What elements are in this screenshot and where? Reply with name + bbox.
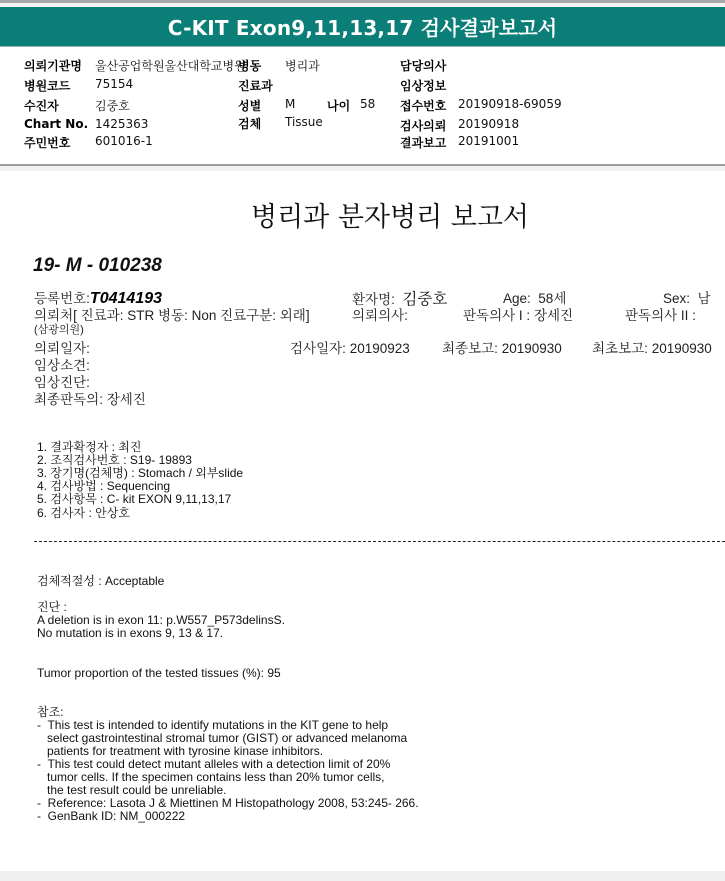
final-report-label: 최종보고:: [442, 341, 498, 356]
first-report-value: 20190930: [652, 341, 712, 356]
header-info-panel: 의뢰기관명 울산공업학원울산대학교병원 병동 병리과 담당의사 병원코드 751…: [0, 54, 725, 154]
report-header-bar: C-KIT Exon9,11,13,17 검사결과보고서: [0, 7, 725, 47]
patient-value: 김중호: [95, 97, 130, 114]
report-title: 병리과 분자병리 보고서: [0, 195, 725, 234]
specimen-adequacy: 검체적절성 : Acceptable: [37, 575, 164, 588]
sex-value: 남: [698, 291, 711, 306]
dashed-divider: [34, 541, 725, 542]
patient-name-value: 김중호: [402, 291, 447, 308]
doctor-label: 담당의사: [400, 57, 446, 74]
report-date-value: 20191001: [458, 134, 519, 148]
final-reader-label: 최종판독의:: [34, 392, 103, 407]
request-date-label: 검사의뢰: [400, 117, 446, 134]
specimen-value: Tissue: [285, 115, 323, 129]
report-header-title: C-KIT Exon9,11,13,17 검사결과보고서: [168, 12, 558, 41]
hospital-code-label: 병원코드: [24, 77, 70, 94]
footer-gap: [0, 871, 725, 881]
id-value: 601016-1: [95, 134, 153, 148]
final-reader: 최종판독의: 장세진: [34, 388, 146, 408]
final-reader-value: 장세진: [107, 392, 146, 407]
patient-label: 수진자: [24, 97, 59, 114]
exam-details-list: 1. 결과확정자 : 최진 2. 조직검사번호 : S19- 19893 3. …: [37, 441, 243, 520]
hospital-code-value: 75154: [95, 77, 133, 91]
sex-label: 성별: [238, 97, 261, 114]
tumor-proportion: Tumor proportion of the tested tissues (…: [37, 667, 281, 680]
first-report-date: 최초보고: 20190930: [592, 337, 712, 357]
diagnosis-line: No mutation is in exons 9, 13 & 17.: [37, 627, 223, 640]
exam-date-label: 검사일자:: [290, 341, 346, 356]
age-label: 나이: [327, 97, 350, 114]
institution-value: 울산공업학원울산대학교병원: [95, 57, 246, 74]
exam-date-value: 20190923: [350, 341, 410, 356]
report-date-label: 결과보고: [400, 134, 446, 151]
request-date-value: 20190918: [458, 117, 519, 131]
exam-date: 검사일자: 20190923: [290, 337, 410, 357]
final-report-date: 최종보고: 20190930: [442, 337, 562, 357]
reader2-label: 판독의사 II :: [625, 304, 696, 324]
institution-label: 의뢰기관명: [24, 57, 82, 74]
referring-doctor-label: 의뢰의사:: [352, 304, 408, 324]
age-value: 58: [360, 97, 375, 111]
receipt-no-label: 접수번호: [400, 97, 446, 114]
specimen-label: 검체: [238, 115, 261, 132]
reader1-value: 장세진: [534, 308, 573, 323]
ward-value: 병리과: [285, 57, 320, 74]
reader1-label: 판독의사 I :: [463, 308, 530, 323]
reader1: 판독의사 I : 장세진: [463, 304, 573, 324]
pathology-report: 병리과 분자병리 보고서 19- M - 010238 등록번호:T041419…: [0, 171, 725, 871]
id-label: 주민번호: [24, 134, 70, 151]
clinical-info-label: 임상정보: [400, 77, 446, 94]
receipt-no-value: 20190918-69059: [458, 97, 562, 111]
first-report-label: 최초보고:: [592, 341, 648, 356]
list-item: 5. 검사항목 : C- kit EXON 9,11,13,17: [37, 493, 243, 506]
case-number: 19- M - 010238: [33, 255, 162, 277]
chart-no-label: Chart No.: [24, 117, 88, 131]
department-label: 진료과: [238, 77, 273, 94]
reference-line: - GenBank ID: NM_000222: [37, 810, 185, 823]
chart-no-value: 1425363: [95, 117, 148, 131]
referral-clinic: (삼광의원): [34, 321, 84, 337]
sex-value: M: [285, 97, 295, 111]
ward-label: 병동: [238, 57, 261, 74]
final-report-value: 20190930: [502, 341, 562, 356]
list-item: 6. 검사자 : 안상호: [37, 507, 243, 520]
